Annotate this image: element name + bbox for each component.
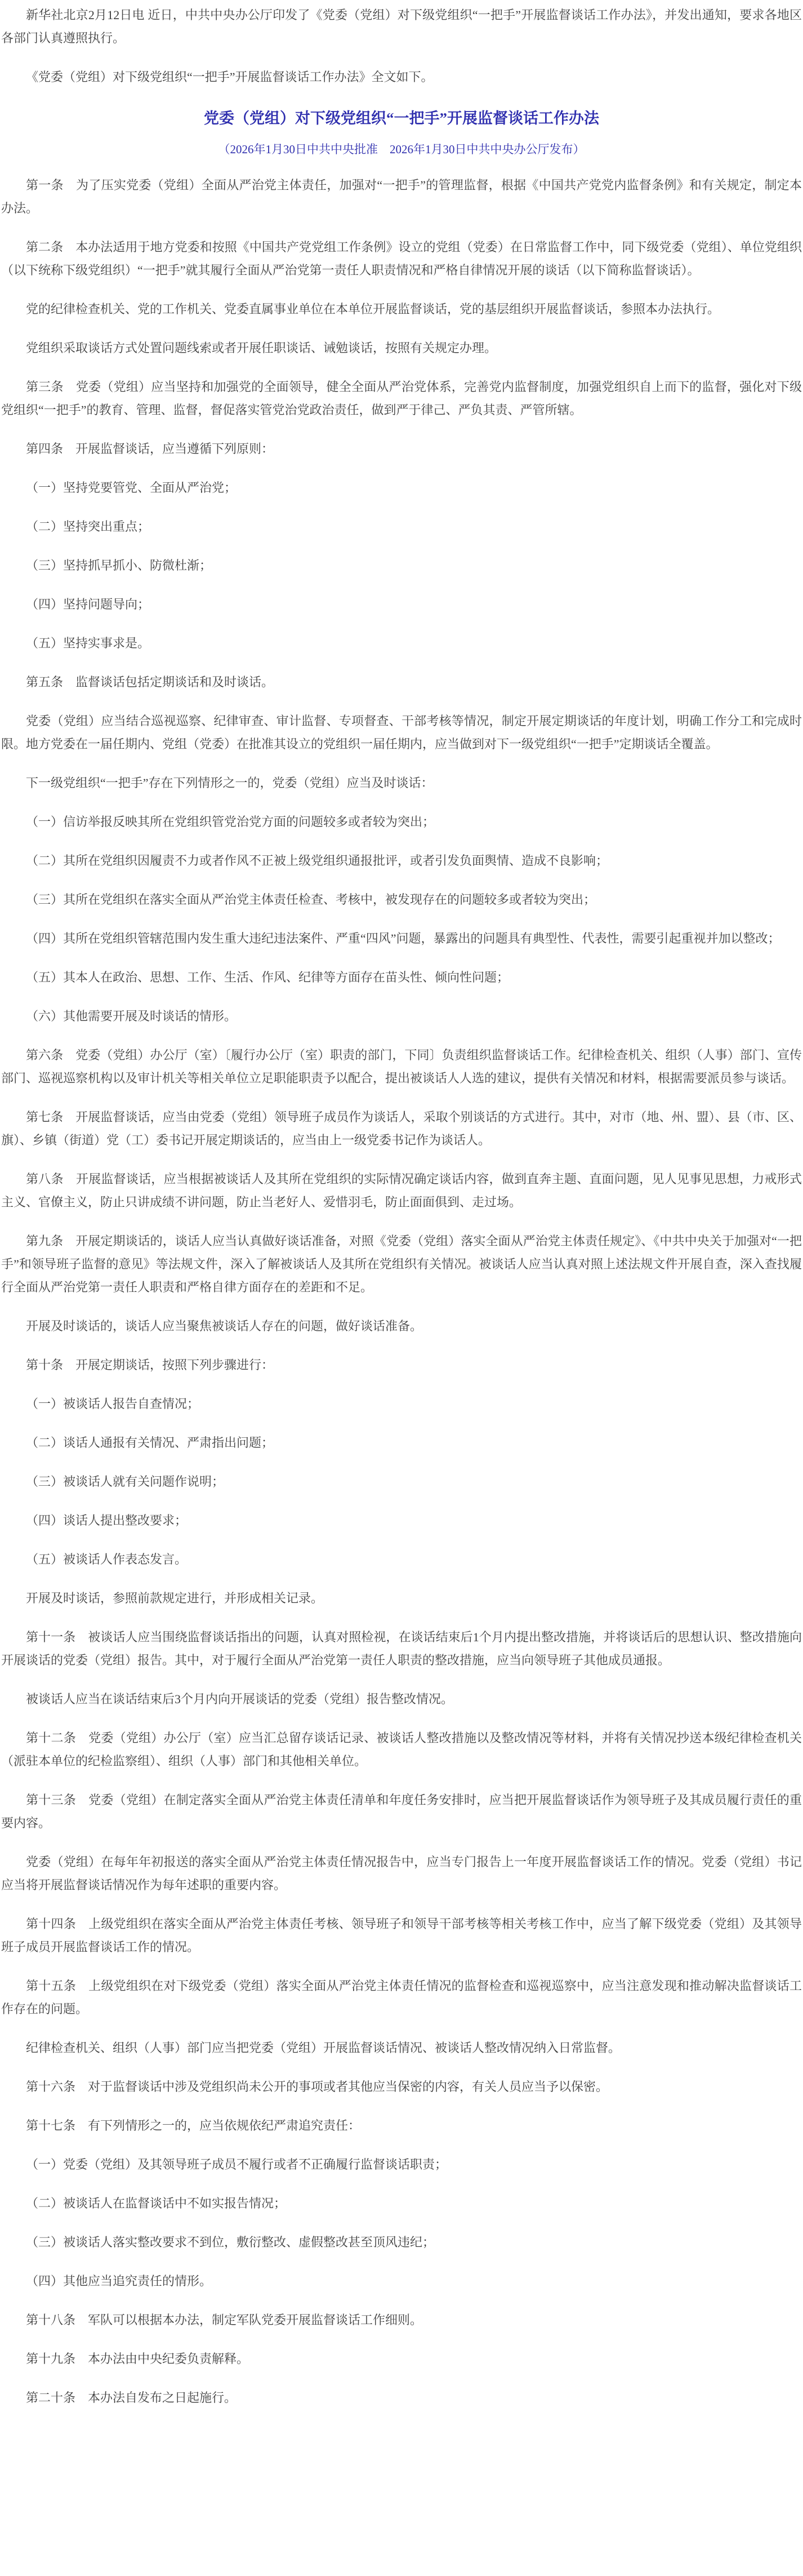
body-paragraph: 党委（党组）在每年年初报送的落实全面从严治党主体责任情况报告中，应当专门报告上一… bbox=[1, 1850, 802, 1897]
body-paragraph: 开展及时谈话的，谈话人应当聚焦被谈话人存在的问题，做好谈话准备。 bbox=[1, 1314, 802, 1338]
body-paragraph: 第二十条 本办法自发布之日起施行。 bbox=[1, 2386, 802, 2409]
body-paragraph: 第十二条 党委（党组）办公厅（室）应当汇总留存谈话记录、被谈话人整改措施以及整改… bbox=[1, 1726, 802, 1773]
body-paragraph: （四）其他应当追究责任的情形。 bbox=[1, 2269, 802, 2293]
body-paragraph: 开展及时谈话，参照前款规定进行，并形成相关记录。 bbox=[1, 1587, 802, 1610]
body-paragraph: 第十四条 上级党组织在落实全面从严治党主体责任考核、领导班子和领导干部考核等相关… bbox=[1, 1912, 802, 1958]
body-paragraph: （五）坚持实事求是。 bbox=[1, 632, 802, 655]
document-body: 第一条 为了压实党委（党组）全面从严治党主体责任，加强对“一把手”的管理监督，根… bbox=[1, 174, 802, 2409]
body-paragraph: 党组织采取谈话方式处置问题线索或者开展任职谈话、诫勉谈话，按照有关规定办理。 bbox=[1, 336, 802, 359]
body-paragraph: 第九条 开展定期谈话的，谈话人应当认真做好谈话准备，对照《党委（党组）落实全面从… bbox=[1, 1229, 802, 1299]
body-paragraph: （一）坚持党要管党、全面从严治党； bbox=[1, 476, 802, 499]
intro-paragraph: 新华社北京2月12日电 近日，中共中央办公厅印发了《党委（党组）对下级党组织“一… bbox=[1, 3, 802, 50]
body-paragraph: 第十三条 党委（党组）在制定落实全面从严治党主体责任清单和年度任务安排时，应当把… bbox=[1, 1788, 802, 1835]
body-paragraph: 下一级党组织“一把手”存在下列情形之一的，党委（党组）应当及时谈话： bbox=[1, 771, 802, 794]
body-paragraph: 第四条 开展监督谈话，应当遵循下列原则： bbox=[1, 437, 802, 460]
body-paragraph: 第十五条 上级党组织在对下级党委（党组）落实全面从严治党主体责任情况的监督检查和… bbox=[1, 1974, 802, 2020]
body-paragraph: 第二条 本办法适用于地方党委和按照《中国共产党党组工作条例》设立的党组（党委）在… bbox=[1, 236, 802, 282]
body-paragraph: （一）党委（党组）及其领导班子成员不履行或者不正确履行监督谈话职责； bbox=[1, 2153, 802, 2176]
approval-dateline: （2026年1月30日中共中央批准 2026年1月30日中共中央办公厅发布） bbox=[1, 138, 802, 161]
body-paragraph: （三）被谈话人就有关问题作说明； bbox=[1, 1470, 802, 1493]
body-paragraph: （四）其所在党组织管辖范围内发生重大违纪违法案件、严重“四风”问题，暴露出的问题… bbox=[1, 927, 802, 950]
body-paragraph: 第三条 党委（党组）应当坚持和加强党的全面领导，健全全面从严治党体系，完善党内监… bbox=[1, 375, 802, 421]
body-paragraph: （五）被谈话人作表态发言。 bbox=[1, 1548, 802, 1571]
body-paragraph: 第十七条 有下列情形之一的，应当依规依纪严肃追究责任： bbox=[1, 2114, 802, 2137]
body-paragraph: （四）谈话人提出整改要求； bbox=[1, 1509, 802, 1532]
body-paragraph: （三）坚持抓早抓小、防微杜渐； bbox=[1, 554, 802, 577]
body-paragraph: 纪律检查机关、组织（人事）部门应当把党委（党组）开展监督谈话情况、被谈话人整改情… bbox=[1, 2036, 802, 2059]
intro-paragraph: 《党委（党组）对下级党组织“一把手”开展监督谈话工作办法》全文如下。 bbox=[1, 65, 802, 88]
body-paragraph: 第十一条 被谈话人应当围绕监督谈话指出的问题，认真对照检视，在谈话结束后1个月内… bbox=[1, 1625, 802, 1672]
body-paragraph: （二）其所在党组织因履责不力或者作风不正被上级党组织通报批评，或者引发负面舆情、… bbox=[1, 849, 802, 872]
body-paragraph: 第八条 开展监督谈话，应当根据被谈话人及其所在党组织的实际情况确定谈话内容，做到… bbox=[1, 1167, 802, 1214]
body-paragraph: （三）其所在党组织在落实全面从严治党主体责任检查、考核中，被发现存在的问题较多或… bbox=[1, 888, 802, 911]
body-paragraph: （一）被谈话人报告自查情况； bbox=[1, 1392, 802, 1415]
body-paragraph: 第十九条 本办法由中央纪委负责解释。 bbox=[1, 2347, 802, 2370]
body-paragraph: 第七条 开展监督谈话，应当由党委（党组）领导班子成员作为谈话人，采取个别谈话的方… bbox=[1, 1105, 802, 1152]
body-paragraph: （六）其他需要开展及时谈话的情形。 bbox=[1, 1005, 802, 1028]
body-paragraph: （五）其本人在政治、思想、工作、生活、作风、纪律等方面存在苗头性、倾向性问题； bbox=[1, 966, 802, 989]
body-paragraph: 党委（党组）应当结合巡视巡察、纪律审查、审计监督、专项督查、干部考核等情况，制定… bbox=[1, 709, 802, 756]
body-paragraph: 第十八条 军队可以根据本办法，制定军队党委开展监督谈话工作细则。 bbox=[1, 2308, 802, 2331]
article-page: 新华社北京2月12日电 近日，中共中央办公厅印发了《党委（党组）对下级党组织“一… bbox=[0, 0, 803, 2576]
body-paragraph: 第五条 监督谈话包括定期谈话和及时谈话。 bbox=[1, 670, 802, 694]
body-paragraph: （一）信访举报反映其所在党组织管党治党方面的问题较多或者较为突出； bbox=[1, 810, 802, 833]
body-paragraph: 第六条 党委（党组）办公厅（室）〔履行办公厅（室）职责的部门，下同〕负责组织监督… bbox=[1, 1043, 802, 1090]
body-paragraph: 第十条 开展定期谈话，按照下列步骤进行： bbox=[1, 1353, 802, 1376]
body-paragraph: 第十六条 对于监督谈话中涉及党组织尚未公开的事项或者其他应当保密的内容，有关人员… bbox=[1, 2075, 802, 2098]
body-paragraph: 被谈话人应当在谈话结束后3个月内向开展谈话的党委（党组）报告整改情况。 bbox=[1, 1687, 802, 1711]
body-paragraph: 第一条 为了压实党委（党组）全面从严治党主体责任，加强对“一把手”的管理监督，根… bbox=[1, 174, 802, 220]
body-paragraph: （二）坚持突出重点； bbox=[1, 515, 802, 538]
body-paragraph: （二）谈话人通报有关情况、严肃指出问题； bbox=[1, 1431, 802, 1454]
body-paragraph: （四）坚持问题导向； bbox=[1, 593, 802, 616]
body-paragraph: 党的纪律检查机关、党的工作机关、党委直属事业单位在本单位开展监督谈话，党的基层组… bbox=[1, 297, 802, 321]
document-title: 党委（党组）对下级党组织“一把手”开展监督谈话工作办法 bbox=[1, 104, 802, 132]
body-paragraph: （二）被谈话人在监督谈话中不如实报告情况； bbox=[1, 2192, 802, 2215]
body-paragraph: （三）被谈话人落实整改要求不到位，敷衍整改、虚假整改甚至顶风违纪； bbox=[1, 2231, 802, 2254]
